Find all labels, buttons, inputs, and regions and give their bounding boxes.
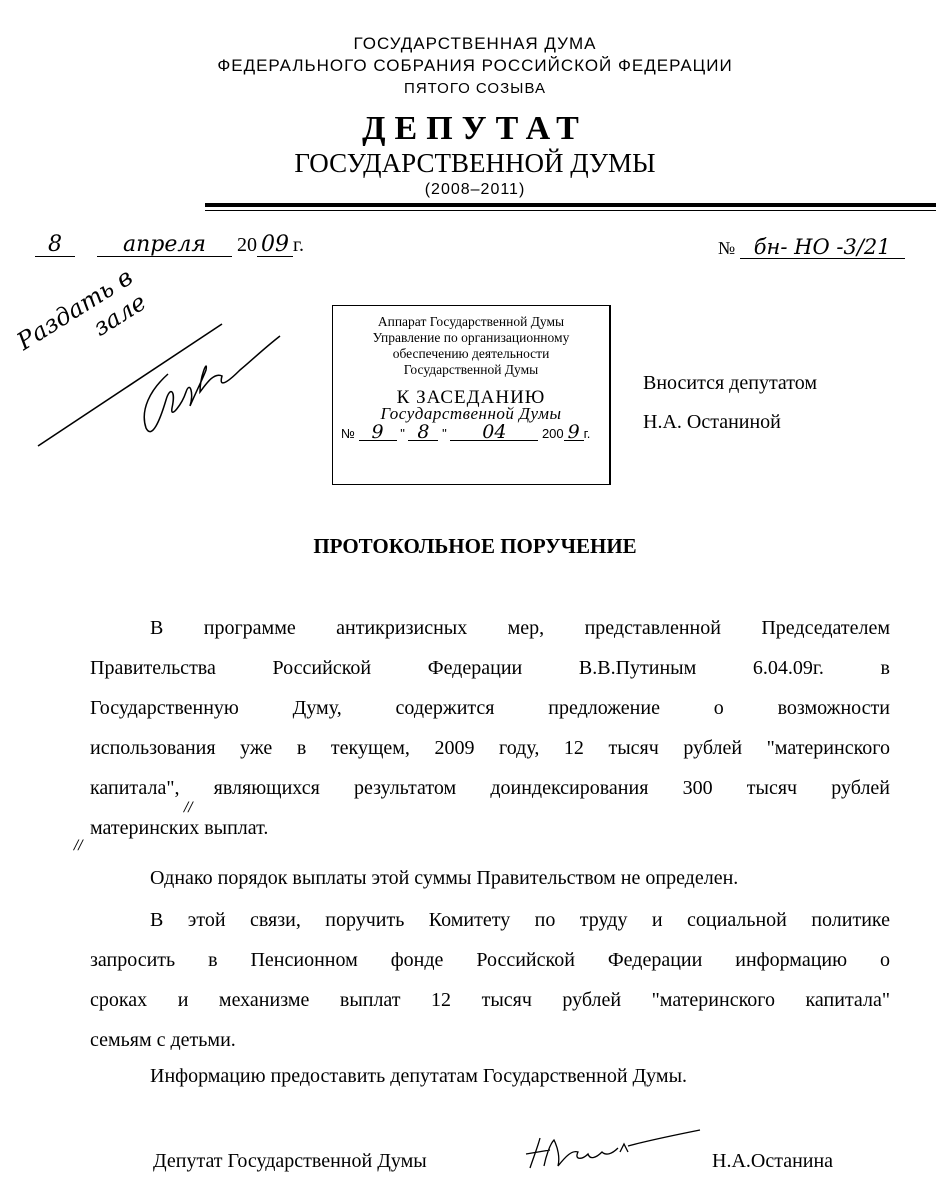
stamp-subheading: Государственной Думы [333,406,609,422]
letterhead-title: ДЕПУТАТ [0,110,950,148]
signature-position: Депутат Государственной Думы [153,1150,427,1173]
stamp-number-row: № 9 " 8 " 04 2009г. [333,424,609,442]
stamp-day: 8 [408,424,438,441]
reg-number-label: № [718,238,735,258]
stamp-quote-close: " [442,426,447,441]
header-rule-thin [205,210,936,211]
paragraph-3-line: запросить в Пенсионном фонде Российской … [90,940,890,980]
date-month: апреля [97,234,232,257]
reg-number-value: бн- НО -3/21 [740,236,905,259]
letterhead-subtitle: ГОСУДАРСТВЕННОЙ ДУМЫ [0,148,950,179]
stamp-line1: Аппарат Государственной Думы [333,314,609,330]
paragraph-1-line: Государственную Думу, содержится предлож… [90,688,890,728]
stamp-year-suffix: г. [584,426,591,441]
stamp-year-digit: 9 [564,424,584,441]
paragraph-1-line: В программе антикризисных мер, представл… [90,608,890,648]
submitted-by-line2: Н.А. Останиной [643,411,781,434]
letterhead-line1: ГОСУДАРСТВЕННАЯ ДУМА [0,34,950,54]
handwritten-signature-icon [520,1126,700,1176]
date-year: 09 [257,234,293,257]
margin-mark: // [74,838,83,853]
margin-mark: // [184,800,193,815]
stamp-month: 04 [450,424,538,441]
paragraph-3: В этой связи, поручить Комитету по труду… [90,900,890,1060]
paragraph-2-text: Однако порядок выплаты этой суммы Правит… [150,867,738,889]
registration-stamp: Аппарат Государственной Думы Управление … [332,305,611,485]
document-title: ПРОТОКОЛЬНОЕ ПОРУЧЕНИЕ [0,534,950,559]
resolution-signature-icon [0,280,320,460]
paragraph-1-line: Правительства Российской Федерации В.В.П… [90,648,890,688]
document-date: 8 апреля 2009г. [35,234,304,257]
date-suffix: г. [293,234,304,256]
letterhead-line3: ПЯТОГО СОЗЫВА [0,80,950,97]
date-day: 8 [35,234,75,257]
stamp-line3: обеспечению деятельности [333,346,609,362]
submitted-by-line1: Вносится депутатом [643,372,817,395]
paragraph-3-line: В этой связи, поручить Комитету по труду… [90,900,890,940]
paragraph-4: Информацию предоставить депутатам Госуда… [90,1056,890,1096]
stamp-quote-open: " [400,426,405,441]
resolution-annotation: Раздать в зале [0,280,320,460]
date-century: 20 [237,234,257,256]
paragraph-1-line: использования уже в текущем, 2009 году, … [90,728,890,768]
paragraph-1: В программе антикризисных мер, представл… [90,608,890,848]
letterhead-years: (2008–2011) [0,181,950,199]
paragraph-4-text: Информацию предоставить депутатам Госуда… [150,1065,687,1087]
paragraph-3-line: сроках и механизме выплат 12 тысяч рубле… [90,980,890,1020]
stamp-num-value: 9 [359,424,397,441]
letterhead-line2: ФЕДЕРАЛЬНОГО СОБРАНИЯ РОССИЙСКОЙ ФЕДЕРАЦ… [0,56,950,76]
paragraph-2: Однако порядок выплаты этой суммы Правит… [90,858,890,898]
paragraph-3-line: семьям с детьми. [90,1020,890,1060]
stamp-num-label: № [341,426,355,441]
signatory-name: Н.А.Останина [712,1150,833,1173]
stamp-year-prefix: 200 [542,426,564,441]
paragraph-1-line: материнских выплат. [90,808,890,848]
stamp-line4: Государственной Думы [333,362,609,378]
stamp-line2: Управление по организационному [333,330,609,346]
registration-number: № бн- НО -3/21 [718,236,905,259]
header-rule-thick [205,203,936,207]
paragraph-1-line: капитала", являющихся результатом доинде… [90,768,890,808]
